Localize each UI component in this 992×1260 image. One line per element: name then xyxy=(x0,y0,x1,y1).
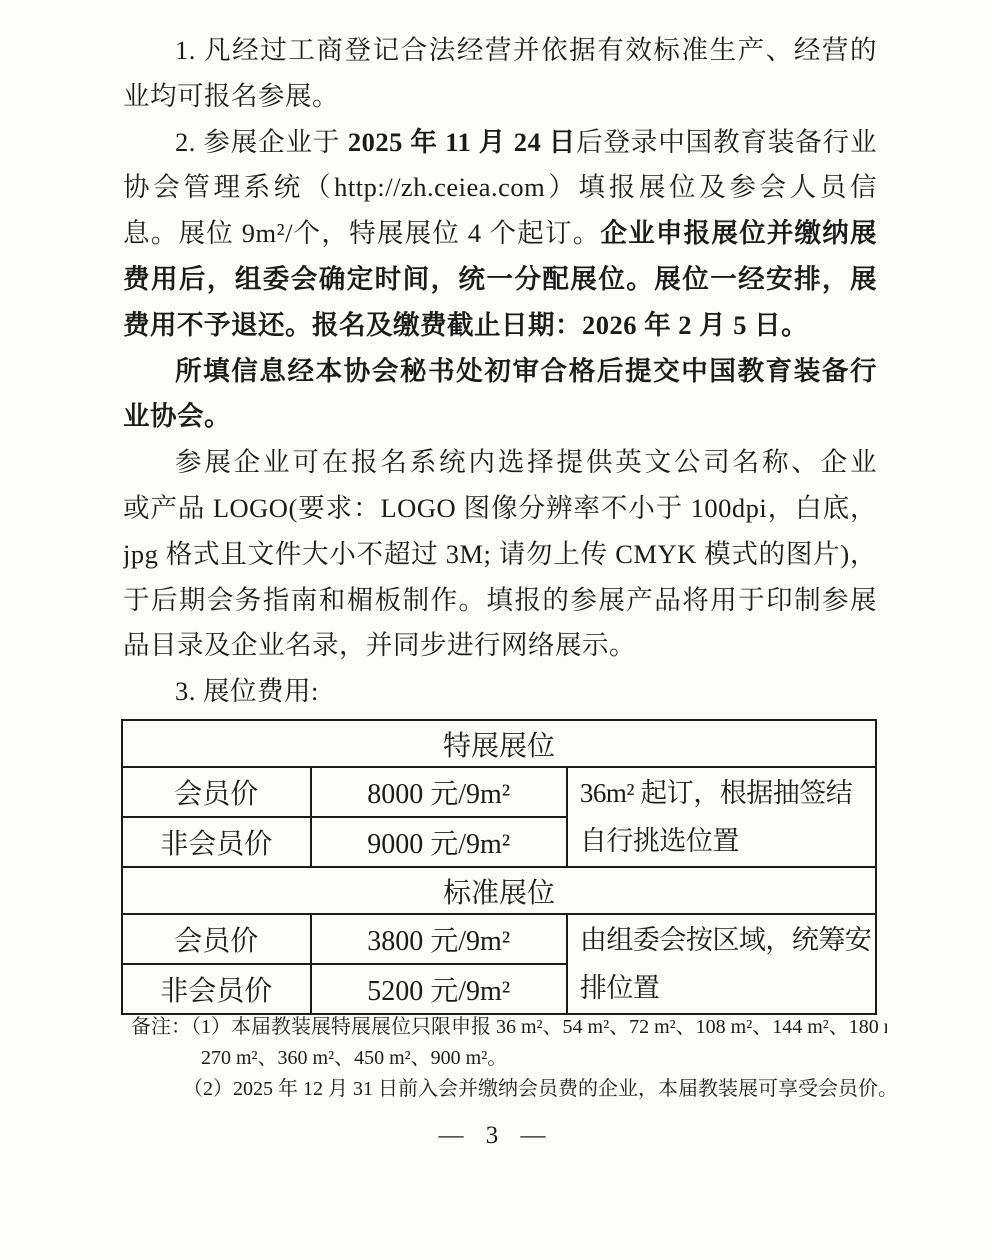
text-run: 品目录及企业名录，并同步进行网络展示。 xyxy=(123,630,636,660)
booth-desc-line: 36m² 起订，根据抽签结果 xyxy=(580,769,875,817)
price-value-nonmember-standard: 5200 元/9m² xyxy=(311,964,567,1014)
text-run: 协会管理系统（http://zh.ceiea.com）填报展位及参会人员信 xyxy=(123,172,877,202)
remark-line-1: 备注：（1）本届教装展特展展位只限申报 36 m²、54 m²、72 m²、10… xyxy=(131,1012,887,1043)
bold-text-run: 2025 年 11 月 24 日 xyxy=(348,127,576,157)
section-title-special-booth: 特展展位 xyxy=(122,720,876,767)
text-run: 参展企业可在报名系统内选择提供英文公司名称、企业 LOGO xyxy=(123,447,877,486)
paragraph-line: 息。展位 9m²/个，特展展位 4 个起订。企业申报展位并缴纳展位 xyxy=(123,211,877,257)
remark-line-2: 270 m²、360 m²、450 m²、900 m²。 xyxy=(201,1043,887,1074)
paragraph-line: 2. 参展企业于 2025 年 11 月 24 日后登录中国教育装备行业 xyxy=(123,120,877,166)
paragraph-line: 业协会。 xyxy=(123,394,877,440)
text-run: 3. 展位费用: xyxy=(175,676,319,706)
bold-text-run: 费用后，组委会确定时间，统一分配展位。展位一经安排，展位 xyxy=(123,264,877,303)
paragraph-line: 于后期会务指南和楣板制作。填报的参展产品将用于印制参展产 xyxy=(123,578,877,624)
booth-desc-line: 由组委会按区域，统筹安 xyxy=(580,916,875,964)
price-value-member-special: 8000 元/9m² xyxy=(311,767,567,817)
booth-desc-line: 排位置 xyxy=(580,964,875,1012)
booth-price-table: 特展展位 会员价 8000 元/9m² 36m² 起订，根据抽签结果 自行挑选位… xyxy=(121,719,877,1015)
table-remarks: 备注：（1）本届教装展特展展位只限申报 36 m²、54 m²、72 m²、10… xyxy=(131,1012,887,1105)
text-run: jpg 格式且文件大小不超过 3M; 请勿上传 CMYK 模式的图片)，用 xyxy=(123,539,877,578)
text-run: 业均可报名参展。 xyxy=(123,81,339,111)
table-row-section-standard: 标准展位 xyxy=(122,867,876,914)
bold-text-run: 业协会。 xyxy=(123,401,231,431)
section-title-standard-booth: 标准展位 xyxy=(122,867,876,914)
table-row-section-special: 特展展位 xyxy=(122,720,876,767)
text-run: 息。展位 9m²/个，特展展位 4 个起订。 xyxy=(123,218,600,248)
price-value-member-standard: 3800 元/9m² xyxy=(311,914,567,964)
price-label-member: 会员价 xyxy=(122,914,311,964)
bold-text-run: 所填信息经本协会秘书处初审合格后提交中国教育装备行 xyxy=(175,356,877,386)
remark-line-3: （2）2025 年 12 月 31 日前入会并缴纳会员费的企业，本届教装展可享受… xyxy=(183,1074,887,1105)
paragraph-line: 协会管理系统（http://zh.ceiea.com）填报展位及参会人员信 xyxy=(123,165,877,211)
price-label-nonmember: 非会员价 xyxy=(122,964,311,1014)
booth-desc-standard: 由组委会按区域，统筹安 排位置 xyxy=(567,914,876,1014)
text-run: 于后期会务指南和楣板制作。填报的参展产品将用于印制参展产 xyxy=(123,585,877,624)
table-row: 会员价 8000 元/9m² 36m² 起订，根据抽签结果 自行挑选位置 xyxy=(122,767,876,817)
paragraph-line: 3. 展位费用: xyxy=(123,669,877,715)
booth-desc-special: 36m² 起订，根据抽签结果 自行挑选位置 xyxy=(567,767,876,867)
table-row: 会员价 3800 元/9m² 由组委会按区域，统筹安 排位置 xyxy=(122,914,876,964)
text-run: 后登录中国教育装备行业 xyxy=(576,127,877,157)
bold-text-run: 费用不予退还。报名及缴费截止日期：2026 年 2 月 5 日。 xyxy=(123,310,808,340)
paragraph-line: 或产品 LOGO(要求：LOGO 图像分辨率不小于 100dpi，白底，为 xyxy=(123,486,877,532)
paragraph-line: 参展企业可在报名系统内选择提供英文公司名称、企业 LOGO xyxy=(123,440,877,486)
body-text: 1. 凡经过工商登记合法经营并依据有效标准生产、经营的企业均可报名参展。2. 参… xyxy=(123,28,877,715)
price-value-nonmember-special: 9000 元/9m² xyxy=(311,817,567,867)
booth-desc-line: 自行挑选位置 xyxy=(580,817,875,865)
paragraph-line: 费用后，组委会确定时间，统一分配展位。展位一经安排，展位 xyxy=(123,257,877,303)
paragraph-line: 品目录及企业名录，并同步进行网络展示。 xyxy=(123,623,877,669)
text-run: 2. 参展企业于 xyxy=(175,127,348,157)
text-run: 1. 凡经过工商登记合法经营并依据有效标准生产、经营的企 xyxy=(123,35,877,74)
paragraph-line: 所填信息经本协会秘书处初审合格后提交中国教育装备行 xyxy=(123,349,877,395)
paragraph-line: 1. 凡经过工商登记合法经营并依据有效标准生产、经营的企 xyxy=(123,28,877,74)
price-label-member: 会员价 xyxy=(122,767,311,817)
page-number: — 3 — xyxy=(0,1122,992,1150)
document-page: 1. 凡经过工商登记合法经营并依据有效标准生产、经营的企业均可报名参展。2. 参… xyxy=(0,0,992,1260)
price-label-nonmember: 非会员价 xyxy=(122,817,311,867)
paragraph-line: 业均可报名参展。 xyxy=(123,74,877,120)
paragraph-line: 费用不予退还。报名及缴费截止日期：2026 年 2 月 5 日。 xyxy=(123,303,877,349)
text-run: 或产品 LOGO(要求：LOGO 图像分辨率不小于 100dpi，白底，为 xyxy=(123,493,877,532)
paragraph-line: jpg 格式且文件大小不超过 3M; 请勿上传 CMYK 模式的图片)，用 xyxy=(123,532,877,578)
